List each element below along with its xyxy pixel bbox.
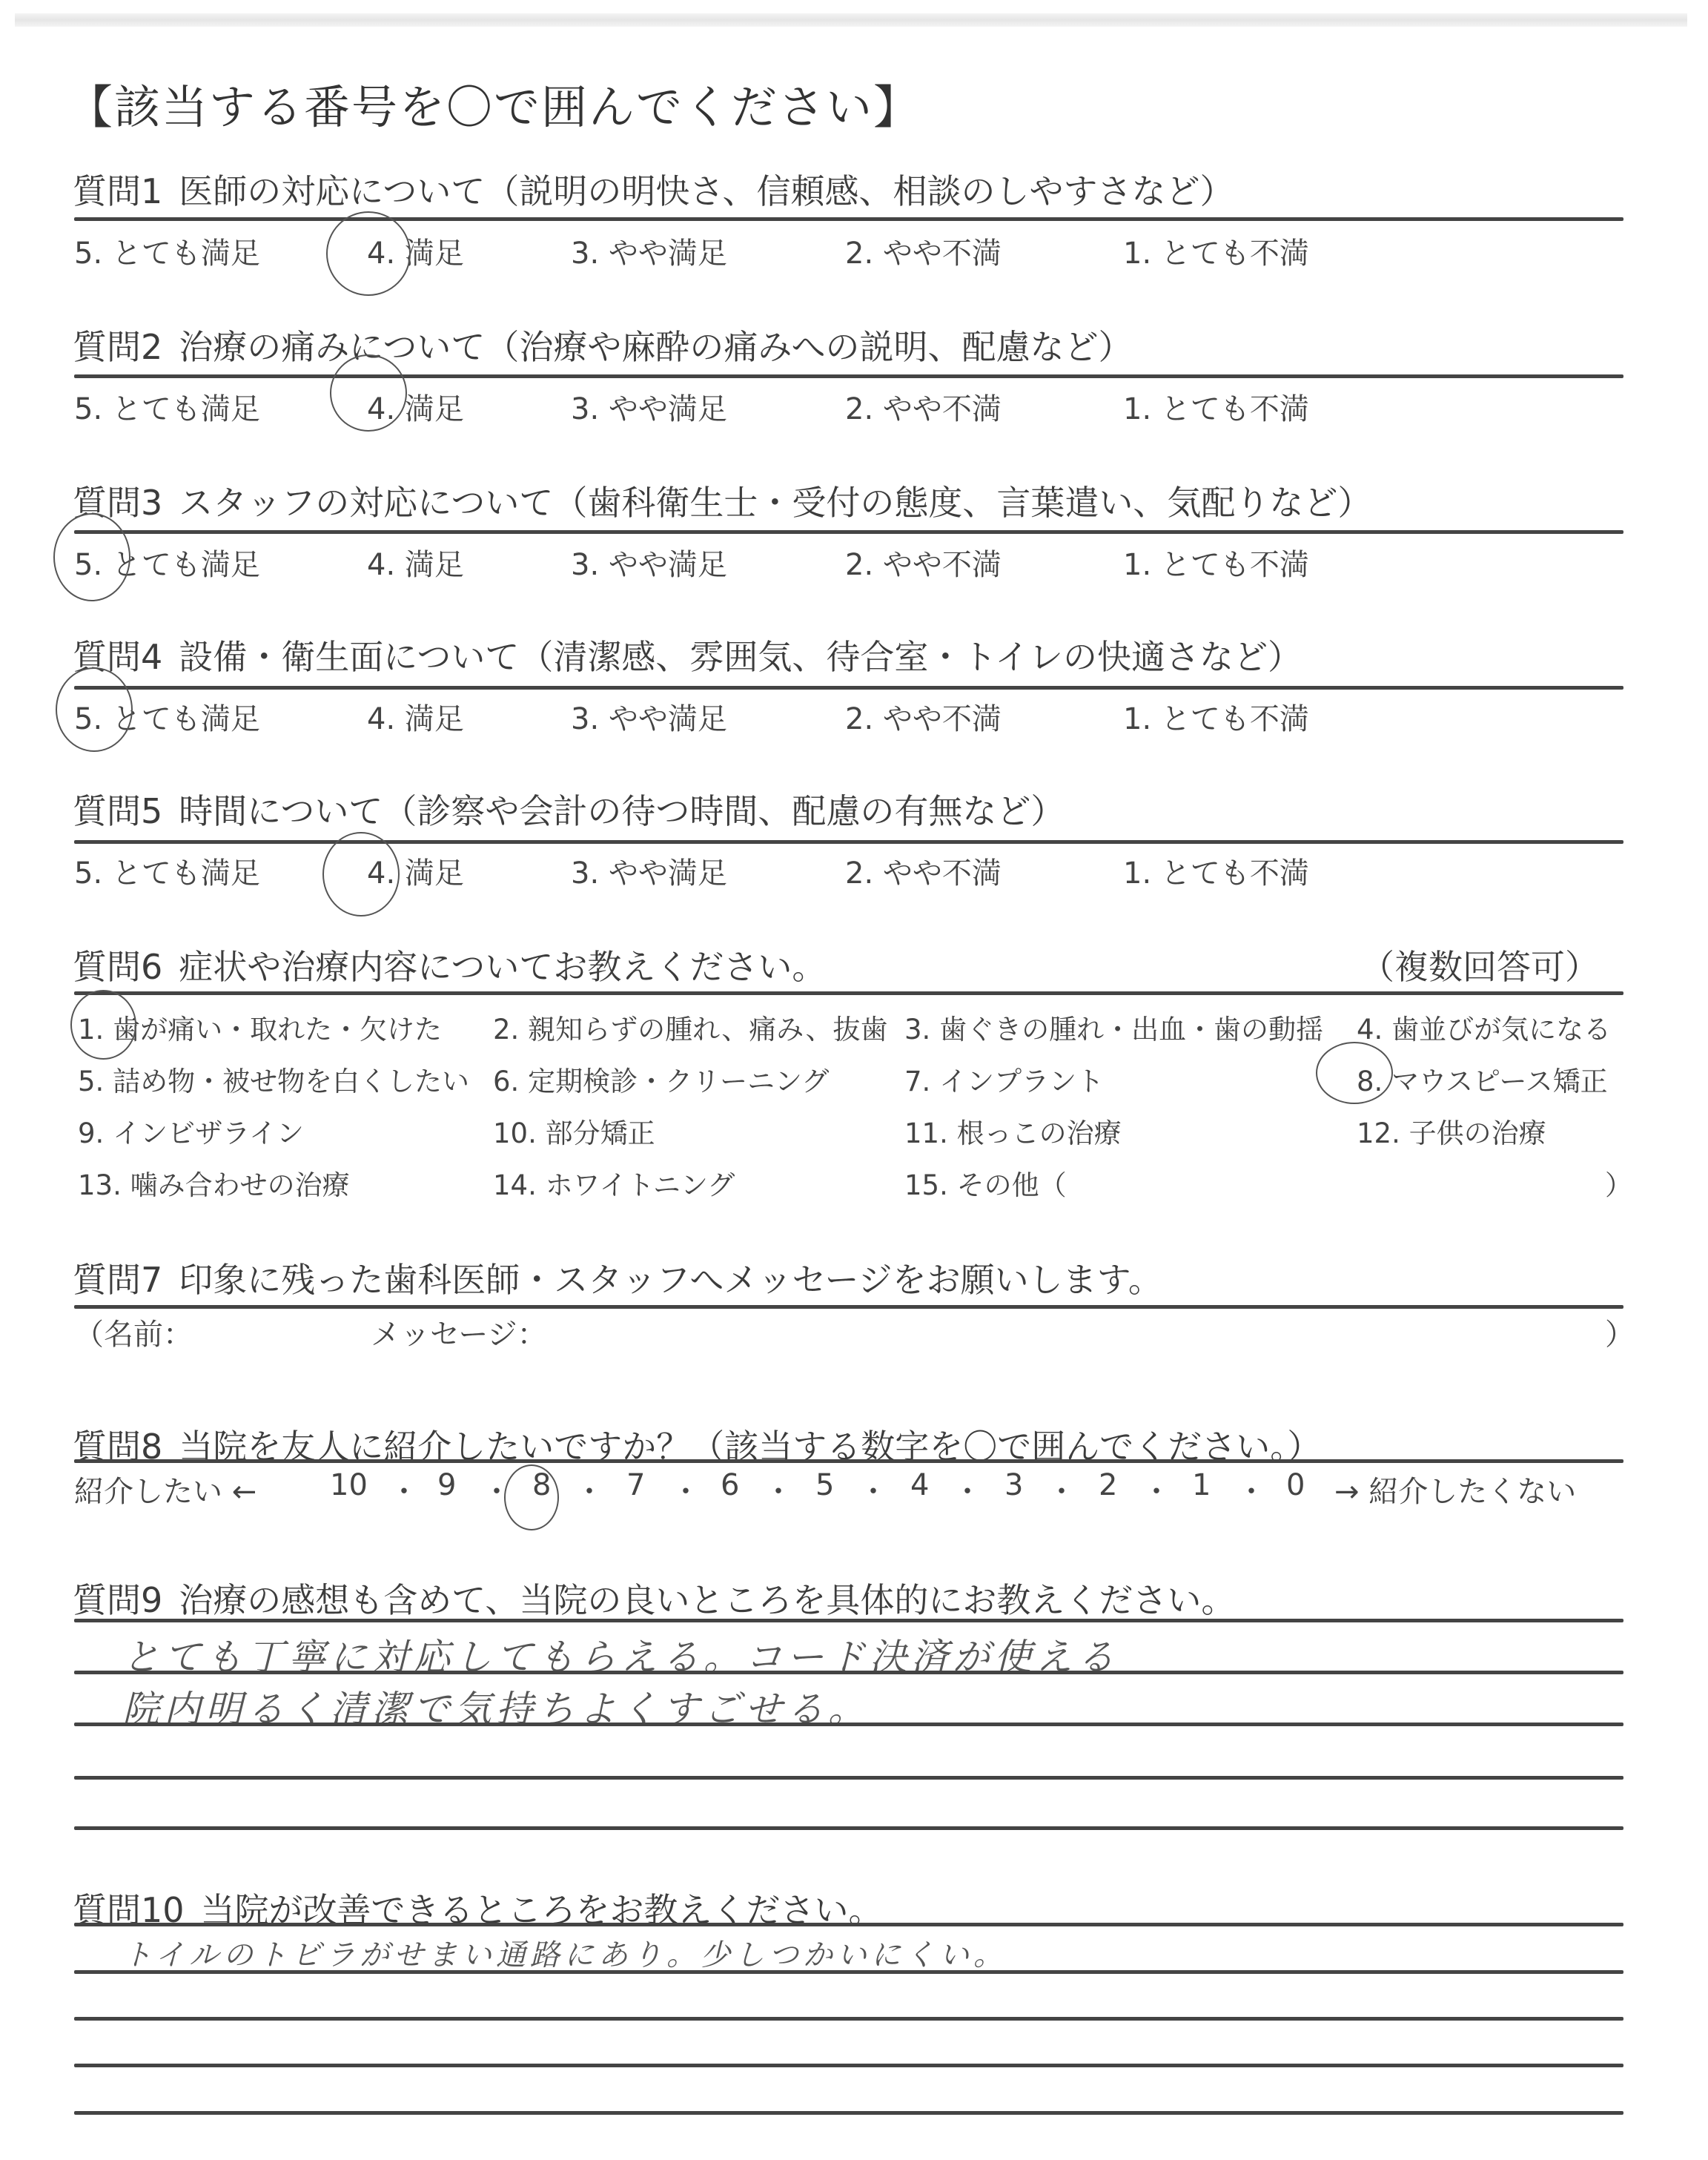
q2-option-1[interactable]: 1. とても不満 xyxy=(1123,386,1309,428)
q6-other-close-paren: ） xyxy=(1605,1163,1632,1203)
answer-line xyxy=(74,2064,1623,2067)
answer-line xyxy=(74,1776,1623,1780)
divider xyxy=(74,686,1623,690)
q2-option-5[interactable]: 5. とても満足 xyxy=(74,386,260,428)
q2-option-3[interactable]: 3. やや満足 xyxy=(571,386,727,428)
page-title: 【該当する番号を〇で囲んでください】 xyxy=(67,70,921,136)
divider xyxy=(74,530,1623,534)
score-9[interactable]: 9 xyxy=(437,1468,456,1502)
divider xyxy=(74,1305,1623,1309)
q6-option-12[interactable]: 12. 子供の治療 xyxy=(1357,1111,1546,1151)
question-2-heading: 質問2治療の痛みについて（治療や麻酔の痛みへの説明、配慮など） xyxy=(73,320,1132,369)
q2-option-2[interactable]: 2. やや不満 xyxy=(845,386,1002,428)
q6-option-5[interactable]: 5. 詰め物・被せ物を白くしたい xyxy=(78,1059,469,1099)
q5-option-1[interactable]: 1. とても不満 xyxy=(1123,850,1309,892)
q4-option-3[interactable]: 3. やや満足 xyxy=(571,696,727,738)
q6-option-8[interactable]: 8. マウスピース矯正 xyxy=(1357,1059,1608,1099)
question-1-heading: 質問1医師の対応について（説明の明快さ、信頼感、相談のしやすさなど） xyxy=(73,165,1234,214)
separator: ・ xyxy=(1237,1468,1266,1510)
q6-option-1[interactable]: 1. 歯が痛い・取れた・欠けた xyxy=(78,1007,442,1047)
question-6-heading: 質問6症状や治療内容についてお教えください。 xyxy=(73,940,826,989)
q1-option-3[interactable]: 3. やや満足 xyxy=(571,230,727,272)
q1-option-5[interactable]: 5. とても満足 xyxy=(74,230,260,272)
q6-option-7[interactable]: 7. インプラント xyxy=(904,1059,1104,1099)
separator: ・ xyxy=(858,1468,888,1510)
divider xyxy=(74,840,1623,844)
score-7[interactable]: 7 xyxy=(626,1468,645,1502)
answer-line xyxy=(74,1723,1623,1726)
answer-line xyxy=(74,1970,1623,1974)
recommend-right-label: → 紹介したくない xyxy=(1334,1468,1576,1510)
divider xyxy=(74,374,1623,378)
q6-option-13[interactable]: 13. 噛み合わせの治療 xyxy=(78,1163,350,1203)
q3-option-1[interactable]: 1. とても不満 xyxy=(1123,541,1309,584)
score-6[interactable]: 6 xyxy=(721,1468,739,1502)
q6-option-6[interactable]: 6. 定期検診・クリーニング xyxy=(493,1059,829,1099)
divider xyxy=(74,1619,1623,1622)
separator: ・ xyxy=(389,1468,419,1510)
score-4[interactable]: 4 xyxy=(910,1468,929,1502)
q6-option-3[interactable]: 3. 歯ぐきの腫れ・出血・歯の動揺 xyxy=(904,1007,1323,1047)
question-5-heading: 質問5時間について（診察や会計の待つ時間、配慮の有無など） xyxy=(73,785,1065,833)
q6-option-4[interactable]: 4. 歯並びが気になる xyxy=(1357,1007,1611,1047)
q4-option-2[interactable]: 2. やや不満 xyxy=(845,696,1002,738)
q5-option-5[interactable]: 5. とても満足 xyxy=(74,850,260,892)
question-4-heading: 質問4設備・衛生面について（清潔感、雰囲気、待合室・トイレの快適さなど） xyxy=(73,630,1302,679)
separator: ・ xyxy=(671,1468,701,1510)
question-7-heading: 質問7印象に残った歯科医師・スタッフへメッセージをお願いします。 xyxy=(73,1253,1162,1302)
divider xyxy=(74,217,1623,221)
q10-answer-line-1[interactable]: トイルのトビラがせまい通路にあり。少しつかいにくい。 xyxy=(122,1932,1007,1974)
q4-option-1[interactable]: 1. とても不満 xyxy=(1123,696,1309,738)
answer-line xyxy=(74,2111,1623,2115)
score-1[interactable]: 1 xyxy=(1192,1468,1211,1502)
q4-option-5[interactable]: 5. とても満足 xyxy=(74,696,260,738)
name-label: （名前： xyxy=(74,1311,193,1353)
q5-option-2[interactable]: 2. やや不満 xyxy=(845,850,1002,892)
q6-option-9[interactable]: 9. インビザライン xyxy=(78,1111,304,1151)
divider xyxy=(74,1923,1623,1926)
q1-option-4[interactable]: 4. 満足 xyxy=(367,230,464,272)
q5-option-3[interactable]: 3. やや満足 xyxy=(571,850,727,892)
scan-edge xyxy=(15,13,1687,27)
answer-line xyxy=(74,1826,1623,1830)
score-2[interactable]: 2 xyxy=(1099,1468,1117,1502)
q6-option-15-other[interactable]: 15. その他（ xyxy=(904,1163,1067,1203)
q3-option-2[interactable]: 2. やや不満 xyxy=(845,541,1002,584)
divider xyxy=(74,991,1623,995)
q1-option-2[interactable]: 2. やや不満 xyxy=(845,230,1002,272)
score-8[interactable]: 8 xyxy=(532,1468,551,1502)
score-10[interactable]: 10 xyxy=(330,1468,368,1502)
q4-option-4[interactable]: 4. 満足 xyxy=(367,696,464,738)
divider xyxy=(74,1459,1623,1463)
separator: ・ xyxy=(1047,1468,1076,1510)
q1-option-1[interactable]: 1. とても不満 xyxy=(1123,230,1309,272)
score-3[interactable]: 3 xyxy=(1004,1468,1023,1502)
multiple-answers-note: （複数回答可） xyxy=(1360,940,1599,989)
answer-line xyxy=(74,2017,1623,2021)
separator: ・ xyxy=(575,1468,604,1510)
q2-option-4[interactable]: 4. 満足 xyxy=(367,386,464,428)
q3-option-5[interactable]: 5. とても満足 xyxy=(74,541,260,584)
separator: ・ xyxy=(764,1468,793,1510)
question-3-heading: 質問3スタッフの対応について（歯科衛生士・受付の態度、言葉遣い、気配りなど） xyxy=(73,476,1371,525)
separator: ・ xyxy=(1142,1468,1171,1510)
q3-option-3[interactable]: 3. やや満足 xyxy=(571,541,727,584)
score-0[interactable]: 0 xyxy=(1286,1468,1305,1502)
q5-option-4[interactable]: 4. 満足 xyxy=(367,850,464,892)
message-label: メッセージ： xyxy=(371,1311,547,1353)
separator: ・ xyxy=(482,1468,512,1510)
q6-option-10[interactable]: 10. 部分矯正 xyxy=(493,1111,655,1151)
message-close-paren: ） xyxy=(1605,1311,1635,1353)
q6-option-11[interactable]: 11. 根っこの治療 xyxy=(904,1111,1122,1151)
separator: ・ xyxy=(953,1468,982,1510)
answer-line xyxy=(74,1671,1623,1674)
q6-option-2[interactable]: 2. 親知らずの腫れ、痛み、抜歯 xyxy=(493,1007,888,1047)
score-5[interactable]: 5 xyxy=(815,1468,834,1502)
question-9-heading: 質問9治療の感想も含めて、当院の良いところを具体的にお教えください。 xyxy=(73,1573,1235,1622)
q3-option-4[interactable]: 4. 満足 xyxy=(367,541,464,584)
recommend-left-label: 紹介したい ← xyxy=(74,1468,256,1510)
q6-option-14[interactable]: 14. ホワイトニング xyxy=(493,1163,735,1203)
